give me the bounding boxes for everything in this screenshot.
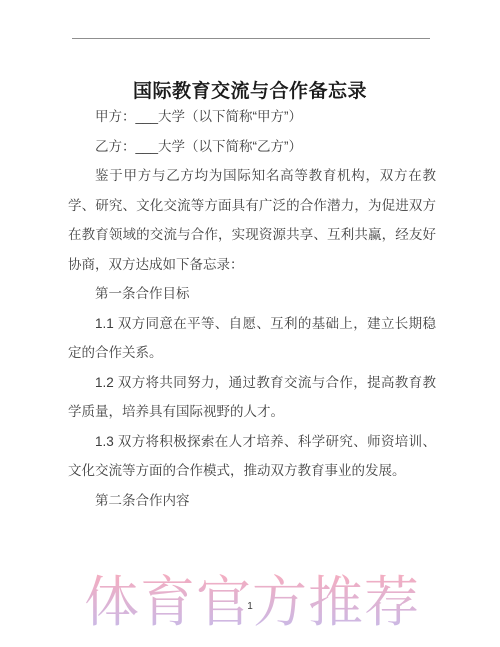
document-page: 国际教育交流与合作备忘录 甲方：___大学（以下简称“甲方”）乙方：___大学（… bbox=[0, 0, 500, 647]
paragraph: 1.3 双方将积极探索在人才培养、科学研究、师资培训、文化交流等方面的合作模式，… bbox=[68, 427, 436, 486]
paragraph: 鉴于甲方与乙方均为国际知名高等教育机构，双方在教学、研究、文化交流等方面具有广泛… bbox=[68, 161, 436, 279]
paragraph: 乙方：___大学（以下简称“乙方”） bbox=[68, 132, 436, 162]
paragraph: 1.1 双方同意在平等、自愿、互利的基础上，建立长期稳定的合作关系。 bbox=[68, 309, 436, 368]
paragraph: 1.2 双方将共同努力，通过教育交流与合作，提高教育教学质量，培养具有国际视野的… bbox=[68, 368, 436, 427]
paragraph: 第二条合作内容 bbox=[68, 486, 436, 516]
document-body: 甲方：___大学（以下简称“甲方”）乙方：___大学（以下简称“乙方”）鉴于甲方… bbox=[68, 102, 436, 515]
paragraph: 第一条合作目标 bbox=[68, 279, 436, 309]
paragraph: 甲方：___大学（以下简称“甲方”） bbox=[68, 102, 436, 132]
header-divider bbox=[72, 38, 430, 39]
document-title: 国际教育交流与合作备忘录 bbox=[0, 76, 500, 103]
page-number: 1 bbox=[0, 601, 500, 612]
